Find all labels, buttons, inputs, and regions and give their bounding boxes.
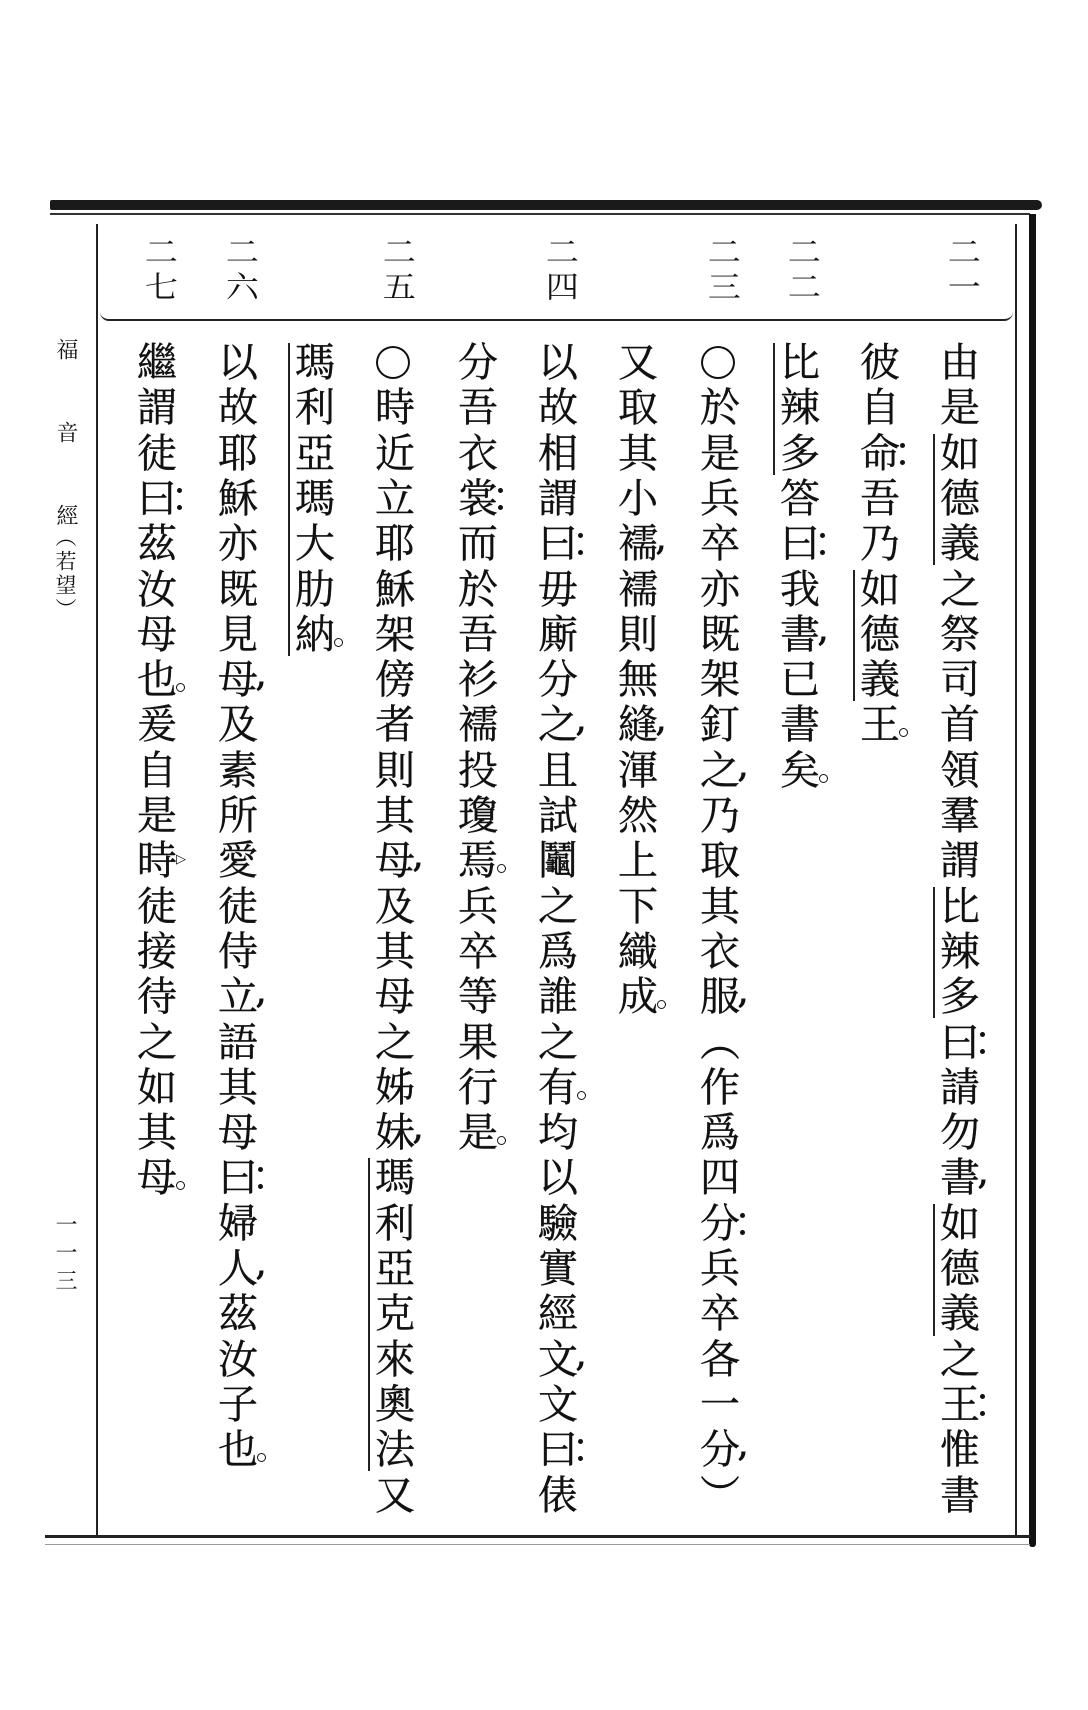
character-cell: 惟 bbox=[935, 1428, 985, 1473]
character-cell: 徒 bbox=[132, 432, 182, 477]
character-cell: 吾 bbox=[453, 386, 503, 431]
left-border-line bbox=[96, 224, 98, 1536]
character-cell: 經 bbox=[533, 1292, 583, 1337]
character-cell: ︶ bbox=[695, 1474, 745, 1519]
character-cell: 兵 bbox=[695, 1247, 745, 1292]
character: 爲 bbox=[695, 1111, 745, 1156]
character: 乃 bbox=[695, 794, 745, 839]
character: 之 bbox=[533, 1021, 583, 1066]
character-cell: 其 bbox=[213, 1066, 263, 1111]
character: 耶 bbox=[213, 432, 263, 477]
character-cell: 曰 bbox=[132, 477, 182, 522]
character-cell: 取 bbox=[613, 386, 663, 431]
character-cell: 母 bbox=[132, 1156, 182, 1201]
character: 衣 bbox=[453, 432, 503, 477]
character: 行 bbox=[453, 1066, 503, 1111]
punctuation-comma: , bbox=[576, 1342, 586, 1372]
character: 之 bbox=[370, 1021, 420, 1066]
character-cell: 汝 bbox=[213, 1338, 263, 1383]
proper-name-marker bbox=[288, 343, 290, 656]
character-cell: 分 bbox=[695, 1202, 745, 1247]
character-cell: 曰 bbox=[935, 1021, 985, 1066]
verse-number: 二三 bbox=[701, 236, 738, 306]
character-cell: 成 bbox=[613, 975, 663, 1020]
character-cell: 亞 bbox=[290, 432, 340, 477]
character: 徒 bbox=[132, 432, 182, 477]
character: 取 bbox=[613, 386, 663, 431]
character: 待 bbox=[132, 975, 182, 1020]
character: 有 bbox=[533, 1066, 583, 1111]
character: 之 bbox=[935, 568, 985, 613]
character: 焉 bbox=[453, 839, 503, 884]
character-cell: 肋 bbox=[290, 568, 340, 613]
character-cell: 羣 bbox=[935, 794, 985, 839]
character-cell: 襦, bbox=[613, 522, 663, 567]
character-cell: 之 bbox=[533, 1021, 583, 1066]
punctuation-period bbox=[497, 864, 506, 873]
character: 如 bbox=[132, 1066, 182, 1111]
character: 我 bbox=[775, 568, 825, 613]
character: 侍 bbox=[213, 930, 263, 975]
character-cell: 愛 bbox=[213, 839, 263, 884]
character-cell: 實 bbox=[533, 1247, 583, 1292]
character-cell: 書 bbox=[775, 703, 825, 748]
proper-name-marker bbox=[773, 343, 775, 475]
character-cell: 其 bbox=[613, 432, 663, 477]
character: 茲 bbox=[132, 522, 182, 567]
character-cell: 之, bbox=[533, 703, 583, 748]
character: 母 bbox=[213, 1111, 263, 1156]
character: 作 bbox=[695, 1066, 745, 1111]
punctuation-comma: , bbox=[978, 1160, 988, 1190]
character-cell: 立 bbox=[370, 477, 420, 522]
character: 均 bbox=[533, 1111, 583, 1156]
character: 於 bbox=[453, 568, 503, 613]
punctuation-comma: , bbox=[256, 1251, 266, 1281]
character-cell: 作 bbox=[695, 1066, 745, 1111]
character: 立 bbox=[370, 477, 420, 522]
character-cell: 爲 bbox=[695, 1111, 745, 1156]
punctuation-comma: , bbox=[256, 662, 266, 692]
paragraph-mark bbox=[695, 341, 745, 386]
text-column: 又取其小襦,襦則無縫,渾然上下織成 bbox=[613, 341, 663, 1521]
character: 四 bbox=[695, 1156, 745, 1201]
character-cell: 而 bbox=[453, 522, 503, 567]
character: 母 bbox=[132, 1156, 182, 1201]
character: 其 bbox=[213, 1066, 263, 1111]
punctuation-period bbox=[577, 1091, 586, 1100]
character-cell: 卒 bbox=[695, 1292, 745, 1337]
character: 母 bbox=[132, 613, 182, 658]
character: 兵 bbox=[695, 1247, 745, 1292]
text-column: 比辣多答曰我書,已書矣 bbox=[775, 341, 825, 1521]
character: 義 bbox=[855, 658, 905, 703]
character: 兵 bbox=[695, 477, 745, 522]
character: 其 bbox=[132, 1111, 182, 1156]
character: 領 bbox=[935, 749, 985, 794]
character: 投 bbox=[453, 749, 503, 794]
punctuation-period bbox=[899, 728, 908, 737]
character-cell: 辣 bbox=[935, 930, 985, 975]
character-cell: 來 bbox=[370, 1338, 420, 1383]
character: 既 bbox=[213, 568, 263, 613]
character-cell: 素 bbox=[213, 749, 263, 794]
character: 俵 bbox=[533, 1474, 583, 1519]
character: 兵 bbox=[453, 885, 503, 930]
character: 羣 bbox=[935, 794, 985, 839]
character: 又 bbox=[370, 1474, 420, 1519]
paragraph-mark bbox=[370, 341, 420, 386]
character: 曰 bbox=[213, 1156, 263, 1201]
character: 繼 bbox=[132, 341, 182, 386]
character-cell: 曰 bbox=[533, 1428, 583, 1473]
character: 曰 bbox=[132, 477, 182, 522]
character: 王 bbox=[935, 1383, 985, 1428]
character-cell: 及 bbox=[370, 885, 420, 930]
character: 見 bbox=[213, 613, 263, 658]
character-cell: 司 bbox=[935, 658, 985, 703]
character-cell: 茲 bbox=[213, 1292, 263, 1337]
character: 故 bbox=[213, 386, 263, 431]
character: 卒 bbox=[695, 1292, 745, 1337]
character-cell: 王 bbox=[935, 1383, 985, 1428]
character: 克 bbox=[370, 1292, 420, 1337]
character: 架 bbox=[695, 658, 745, 703]
character: 傍 bbox=[370, 658, 420, 703]
character-cell: 曰 bbox=[533, 522, 583, 567]
character-cell: 繼 bbox=[132, 341, 182, 386]
punctuation-colon bbox=[578, 1439, 583, 1461]
character-cell: 渾 bbox=[613, 749, 663, 794]
character-cell: 卒 bbox=[453, 930, 503, 975]
character: 徒 bbox=[213, 885, 263, 930]
character: 小 bbox=[613, 477, 663, 522]
character-cell: 分 bbox=[533, 658, 583, 703]
punctuation-period bbox=[257, 1453, 266, 1462]
character-cell: 廝 bbox=[533, 613, 583, 658]
character: 司 bbox=[935, 658, 985, 703]
character-cell: 彼 bbox=[855, 341, 905, 386]
character-cell: 曰 bbox=[775, 522, 825, 567]
character: 利 bbox=[290, 386, 340, 431]
character-cell: 分, bbox=[695, 1428, 745, 1473]
character: 其 bbox=[695, 885, 745, 930]
character: 義 bbox=[935, 1292, 985, 1337]
character-cell: 如 bbox=[935, 1202, 985, 1247]
character: 亦 bbox=[695, 568, 745, 613]
character-cell: 母 bbox=[370, 975, 420, 1020]
character-cell: 相 bbox=[533, 432, 583, 477]
character-cell: 試 bbox=[533, 794, 583, 839]
punctuation-period bbox=[176, 1181, 185, 1190]
top-border-thin bbox=[50, 213, 1030, 215]
text-column: 時近立耶穌架傍者則其母,及其母之姊妹,瑪利亞克來奧法又 bbox=[370, 341, 420, 1521]
character-cell: 領 bbox=[935, 749, 985, 794]
punctuation-period bbox=[176, 683, 185, 692]
character: 以 bbox=[213, 341, 263, 386]
character: 命 bbox=[855, 432, 905, 477]
punctuation-period bbox=[819, 774, 828, 783]
character: 姊 bbox=[370, 1066, 420, 1111]
character-cell: 其 bbox=[695, 885, 745, 930]
character: 瑪 bbox=[370, 1156, 420, 1201]
right-border-thick bbox=[1029, 214, 1036, 1547]
character: 亦 bbox=[213, 522, 263, 567]
punctuation-comma: , bbox=[413, 843, 423, 873]
text-column: 以故耶穌亦既見母,及素所愛徒侍立,語其母曰婦人,茲汝子也 bbox=[213, 341, 263, 1521]
character: 如 bbox=[935, 432, 985, 477]
character-cell: 文, bbox=[533, 1338, 583, 1383]
character-cell: 毋 bbox=[533, 568, 583, 613]
character: 是 bbox=[132, 794, 182, 839]
character: 卒 bbox=[695, 522, 745, 567]
character: 勿 bbox=[935, 1111, 985, 1156]
character-cell: 吾 bbox=[855, 477, 905, 522]
character-cell: 之 bbox=[935, 1338, 985, 1383]
character-cell: 矣 bbox=[775, 749, 825, 794]
character: 彼 bbox=[855, 341, 905, 386]
text-column: 彼自命吾乃如德義王 bbox=[855, 341, 905, 1521]
character: 釘 bbox=[695, 703, 745, 748]
character: 其 bbox=[370, 930, 420, 975]
character: 其 bbox=[613, 432, 663, 477]
character: 驗 bbox=[533, 1202, 583, 1247]
character-cell: 及 bbox=[213, 703, 263, 748]
character: 各 bbox=[695, 1338, 745, 1383]
character-cell: 服, bbox=[695, 975, 745, 1020]
character: 既 bbox=[695, 613, 745, 658]
character-cell: 德 bbox=[935, 1247, 985, 1292]
character-cell: 謂 bbox=[533, 477, 583, 522]
character: 及 bbox=[213, 703, 263, 748]
character: 比 bbox=[935, 885, 985, 930]
character-cell: 祭 bbox=[935, 613, 985, 658]
character-cell: 驗 bbox=[533, 1202, 583, 1247]
character-cell: 耶 bbox=[370, 522, 420, 567]
character: 衣 bbox=[695, 930, 745, 975]
character: 故 bbox=[533, 386, 583, 431]
character-cell: 鬮 bbox=[533, 839, 583, 884]
character-cell: 克 bbox=[370, 1292, 420, 1337]
character-cell: 德 bbox=[935, 477, 985, 522]
character-cell: 自 bbox=[855, 386, 905, 431]
character: 以 bbox=[533, 1156, 583, 1201]
character: 語 bbox=[213, 1021, 263, 1066]
character: 也 bbox=[213, 1428, 263, 1473]
character: 請 bbox=[935, 1066, 985, 1111]
character: 肋 bbox=[290, 568, 340, 613]
character-cell: 之 bbox=[533, 885, 583, 930]
character-cell: 茲 bbox=[132, 522, 182, 567]
character-cell: 妹, bbox=[370, 1111, 420, 1156]
punctuation-comma: , bbox=[738, 979, 748, 1009]
character: 下 bbox=[613, 885, 663, 930]
character-cell: 侍 bbox=[213, 930, 263, 975]
character-cell: 義 bbox=[935, 522, 985, 567]
character-cell: 焉 bbox=[453, 839, 503, 884]
character-cell: 瑪 bbox=[290, 477, 340, 522]
character-cell: 等 bbox=[453, 975, 503, 1020]
character: 茲 bbox=[213, 1292, 263, 1337]
punctuation-period bbox=[657, 1000, 666, 1009]
character: 耶 bbox=[370, 522, 420, 567]
character-cell: 以 bbox=[533, 1156, 583, 1201]
character-cell: 衫 bbox=[453, 658, 503, 703]
character-cell: 比 bbox=[935, 885, 985, 930]
character-cell: 瓊 bbox=[453, 794, 503, 839]
character-cell: 是 bbox=[132, 794, 182, 839]
character: 是 bbox=[453, 1111, 503, 1156]
character-cell: 婦 bbox=[213, 1202, 263, 1247]
character-cell: 首 bbox=[935, 703, 985, 748]
character-cell: 其 bbox=[132, 1111, 182, 1156]
character-cell: 德 bbox=[855, 613, 905, 658]
punctuation-colon bbox=[177, 488, 182, 510]
character-cell: 亦 bbox=[213, 522, 263, 567]
character-cell: 其 bbox=[370, 794, 420, 839]
character-cell: 答 bbox=[775, 477, 825, 522]
character: 分 bbox=[453, 341, 503, 386]
character: 子 bbox=[213, 1383, 263, 1428]
character-cell: 請 bbox=[935, 1066, 985, 1111]
punctuation-mark: ▷ bbox=[176, 853, 186, 866]
proper-name-marker bbox=[933, 1204, 935, 1336]
punctuation-colon bbox=[740, 1213, 745, 1235]
character: 試 bbox=[533, 794, 583, 839]
character: 一 bbox=[695, 1383, 745, 1428]
character: 曰 bbox=[533, 522, 583, 567]
character-cell: 乃 bbox=[855, 522, 905, 567]
character-cell: 穌 bbox=[213, 477, 263, 522]
character: 取 bbox=[695, 839, 745, 884]
character: 時 bbox=[132, 839, 182, 884]
character: 衫 bbox=[453, 658, 503, 703]
character: 成 bbox=[613, 975, 663, 1020]
character-cell: 爰 bbox=[132, 703, 182, 748]
character: 謂 bbox=[132, 386, 182, 431]
character-cell: 命 bbox=[855, 432, 905, 477]
character-cell: ︵ bbox=[695, 1021, 745, 1066]
character: 則 bbox=[613, 613, 663, 658]
character: 誰 bbox=[533, 975, 583, 1020]
character-cell: 誰 bbox=[533, 975, 583, 1020]
character-cell: 則 bbox=[613, 613, 663, 658]
character-cell: 架 bbox=[370, 613, 420, 658]
character: 矣 bbox=[775, 749, 825, 794]
verse-number: 二六 bbox=[219, 236, 256, 306]
character-cell: 待 bbox=[132, 975, 182, 1020]
character-cell: 接 bbox=[132, 930, 182, 975]
character: 爰 bbox=[132, 703, 182, 748]
character: 曰 bbox=[533, 1428, 583, 1473]
character: 多 bbox=[775, 432, 825, 477]
character: 是 bbox=[695, 432, 745, 477]
character: 卒 bbox=[453, 930, 503, 975]
character-cell: 之 bbox=[370, 1021, 420, 1066]
character: 所 bbox=[213, 794, 263, 839]
verse-number-band-divider bbox=[100, 311, 1013, 321]
character-cell: 穌 bbox=[370, 568, 420, 613]
punctuation-colon bbox=[980, 1394, 985, 1416]
proper-name-marker bbox=[933, 887, 935, 1019]
character-cell: 瑪 bbox=[290, 341, 340, 386]
punctuation-comma: , bbox=[413, 1115, 423, 1145]
verse-number: 二二 bbox=[781, 236, 818, 306]
character: 上 bbox=[613, 839, 663, 884]
character: 瓊 bbox=[453, 794, 503, 839]
character-cell: 汝 bbox=[132, 568, 182, 613]
character: 於 bbox=[695, 386, 745, 431]
punctuation-period bbox=[334, 638, 343, 647]
character: 爲 bbox=[533, 930, 583, 975]
character-cell: 俵 bbox=[533, 1474, 583, 1519]
character: 之 bbox=[935, 1338, 985, 1383]
character: 瑪 bbox=[290, 341, 340, 386]
character: 且 bbox=[533, 749, 583, 794]
character: 實 bbox=[533, 1247, 583, 1292]
character-cell: 納 bbox=[290, 613, 340, 658]
character-cell: 之, bbox=[695, 749, 745, 794]
character: 吾 bbox=[855, 477, 905, 522]
character: 無 bbox=[613, 658, 663, 703]
punctuation-period bbox=[497, 1136, 506, 1145]
character: 穌 bbox=[370, 568, 420, 613]
character: 書 bbox=[775, 703, 825, 748]
character: 多 bbox=[935, 975, 985, 1020]
character: 又 bbox=[613, 341, 663, 386]
character-cell: 徒 bbox=[213, 885, 263, 930]
character-cell: 見 bbox=[213, 613, 263, 658]
character-cell: 利 bbox=[370, 1202, 420, 1247]
proper-name-marker bbox=[933, 434, 935, 566]
punctuation-comma: , bbox=[818, 617, 828, 647]
character-cell: 小 bbox=[613, 477, 663, 522]
character-cell: 瑪 bbox=[370, 1156, 420, 1201]
character: 答 bbox=[775, 477, 825, 522]
character: 而 bbox=[453, 522, 503, 567]
character: 時 bbox=[370, 386, 420, 431]
character: 曰 bbox=[935, 1021, 985, 1066]
character-cell: 亦 bbox=[695, 568, 745, 613]
character-cell: 兵 bbox=[695, 477, 745, 522]
character: 書 bbox=[935, 1474, 985, 1519]
character-cell: 四 bbox=[695, 1156, 745, 1201]
character-cell: 有 bbox=[533, 1066, 583, 1111]
character: ︶ bbox=[695, 1474, 745, 1519]
character: 毋 bbox=[533, 568, 583, 613]
character-cell: 如 bbox=[855, 568, 905, 613]
character-cell: 耶 bbox=[213, 432, 263, 477]
character: 之 bbox=[533, 885, 583, 930]
character-cell: 則 bbox=[370, 749, 420, 794]
character: 接 bbox=[132, 930, 182, 975]
character: 素 bbox=[213, 749, 263, 794]
character: 經 bbox=[533, 1292, 583, 1337]
proper-name-marker bbox=[368, 1158, 370, 1471]
character: 鬮 bbox=[533, 839, 583, 884]
character-cell: 之 bbox=[935, 568, 985, 613]
character: 來 bbox=[370, 1338, 420, 1383]
paragraph-mark-icon bbox=[376, 346, 410, 379]
character: 亞 bbox=[290, 432, 340, 477]
character-cell: 吾 bbox=[453, 613, 503, 658]
character: 王 bbox=[855, 703, 905, 748]
character-cell: 以 bbox=[213, 341, 263, 386]
character-cell: 縫, bbox=[613, 703, 663, 748]
character-cell: 近 bbox=[370, 432, 420, 477]
character: 辣 bbox=[775, 386, 825, 431]
character: 德 bbox=[935, 1247, 985, 1292]
